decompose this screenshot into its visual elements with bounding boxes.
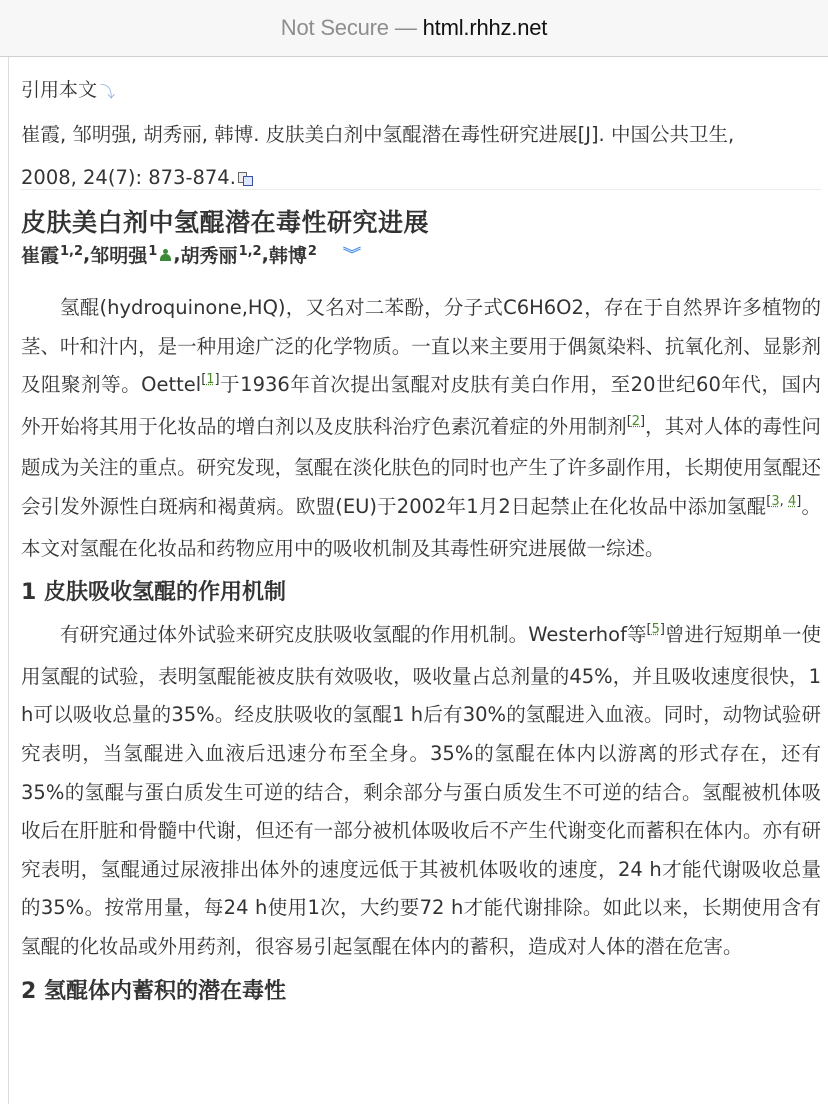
author-affiliation[interactable]: 1,2 — [60, 244, 83, 259]
citation-heading[interactable]: 引用本文 ⤵ — [21, 75, 115, 102]
url-host: html.rhhz.net — [423, 15, 548, 41]
reference-link[interactable]: 3 — [771, 494, 779, 509]
reference-link[interactable]: 1 — [206, 372, 214, 387]
citation-text: 崔霞, 邹明强, 胡秀丽, 韩博. 皮肤美白剂中氢醌潜在毒性研究进展[J]. 中… — [21, 113, 821, 199]
author-separator: , — [83, 244, 90, 266]
reference-link[interactable]: 5 — [652, 622, 660, 637]
article-page: 引用本文 ⤵ 崔霞, 邹明强, 胡秀丽, 韩博. 皮肤美白剂中氢醌潜在毒性研究进… — [0, 57, 828, 1104]
security-label: Not Secure — [281, 15, 389, 41]
jump-arrow-icon[interactable]: ⤵ — [100, 81, 115, 102]
copy-icon[interactable] — [238, 172, 253, 186]
author-name[interactable]: 邹明强 — [90, 241, 147, 268]
section-2-heading: 2 氢醌体内蓄积的潜在毒性 — [21, 977, 821, 1007]
author-affiliation[interactable]: 1,2 — [239, 244, 262, 259]
ref-bracket: ] — [660, 622, 665, 637]
article-title: 皮肤美白剂中氢醌潜在毒性研究进展 — [21, 203, 429, 239]
author-name[interactable]: 胡秀丽 — [181, 241, 238, 268]
author-affiliation[interactable]: 2 — [308, 244, 317, 259]
author-affiliation[interactable]: 1 — [148, 244, 157, 259]
citation-line-1: 崔霞, 邹明强, 胡秀丽, 韩博. 皮肤美白剂中氢醌潜在毒性研究进展[J]. 中… — [21, 123, 734, 146]
left-border — [8, 57, 9, 1104]
ref-bracket: ] — [640, 414, 645, 429]
paragraph-text: 曾进行短期单一使用氢醌的试验，表明氢醌能被皮肤有效吸收，吸收量占总剂量的45%，… — [21, 623, 821, 958]
ref-bracket: ] — [796, 494, 801, 509]
paragraph-text: 有研究通过体外试验来研究皮肤吸收氢醌的作用机制。Westerhof等 — [60, 623, 646, 646]
author-name[interactable]: 崔霞 — [21, 241, 59, 268]
divider — [21, 189, 821, 190]
author-separator: , — [262, 244, 269, 266]
citation-heading-label: 引用本文 — [21, 75, 97, 102]
reference-link[interactable]: 2 — [632, 414, 640, 429]
intro-paragraph: 氢醌(hydroquinone,HQ)，又名对二苯酚，分子式C6H6O2，存在于… — [21, 289, 821, 568]
ref-bracket: [ — [627, 414, 632, 429]
ref-bracket: ] — [215, 372, 220, 387]
corresponding-author-icon[interactable] — [160, 249, 171, 261]
ref-bracket: , — [780, 494, 788, 509]
author-list: 崔霞1,2, 邹明强1, 胡秀丽1,2, 韩博2 ︾ — [21, 241, 359, 268]
double-chevron-down-icon[interactable]: ︾ — [343, 248, 361, 262]
citation-line-2: 2008, 24(7): 873-874. — [21, 166, 236, 189]
article-body: 氢醌(hydroquinone,HQ)，又名对二苯酚，分子式C6H6O2，存在于… — [21, 289, 821, 1015]
browser-url-bar[interactable]: Not Secure — html.rhhz.net — [0, 0, 828, 57]
section-1-heading: 1 皮肤吸收氢醌的作用机制 — [21, 578, 821, 608]
section-1-paragraph: 有研究通过体外试验来研究皮肤吸收氢醌的作用机制。Westerhof等[5]曾进行… — [21, 616, 821, 966]
author-name[interactable]: 韩博 — [269, 241, 307, 268]
author-separator: , — [173, 244, 180, 266]
url-separator: — — [395, 15, 417, 41]
ref-bracket: [ — [646, 622, 651, 637]
